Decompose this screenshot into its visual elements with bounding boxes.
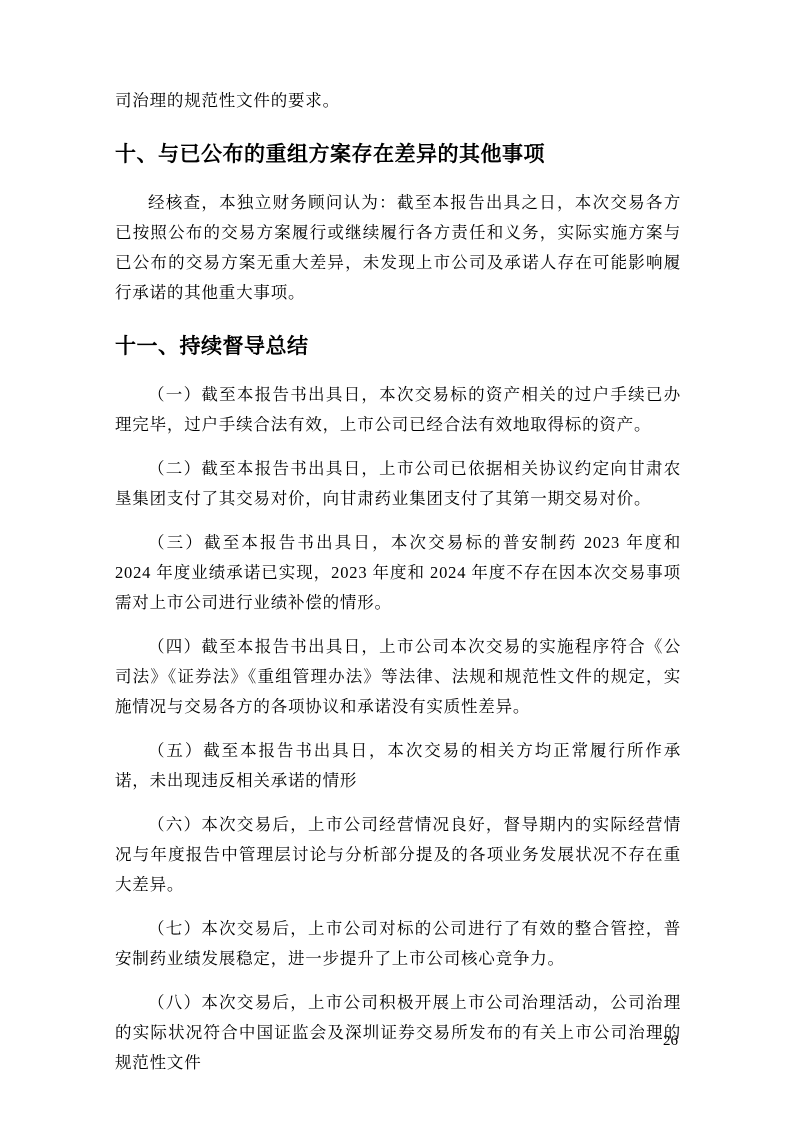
section-11-item-1: （一）截至本报告书出具日，本次交易标的资产相关的过户手续已办理完毕，过户手续合法… xyxy=(115,380,681,440)
section-11-item-3: （三）截至本报告书出具日，本次交易标的普安制药 2023 年度和 2024 年度… xyxy=(115,528,681,618)
section-10-paragraph: 经核查，本独立财务顾问认为：截至本报告出具之日，本次交易各方已按照公布的交易方案… xyxy=(115,188,681,308)
page-content: 司治理的规范性文件的要求。 十、与已公布的重组方案存在差异的其他事项 经核查，本… xyxy=(115,86,681,1092)
continuation-paragraph: 司治理的规范性文件的要求。 xyxy=(115,86,681,116)
section-11-item-4: （四）截至本报告书出具日，上市公司本次交易的实施程序符合《公司法》《证券法》《重… xyxy=(115,632,681,722)
section-heading-11: 十一、持续督导总结 xyxy=(115,332,681,362)
page-number: 26 xyxy=(663,1031,678,1051)
section-heading-10: 十、与已公布的重组方案存在差异的其他事项 xyxy=(115,140,681,170)
section-11-item-5: （五）截至本报告书出具日，本次交易的相关方均正常履行所作承诺，未出现违反相关承诺… xyxy=(115,736,681,796)
section-11-item-7: （七）本次交易后，上市公司对标的公司进行了有效的整合管控，普安制药业绩发展稳定，… xyxy=(115,914,681,974)
section-11-item-2: （二）截至本报告书出具日，上市公司已依据相关协议约定向甘肃农垦集团支付了其交易对… xyxy=(115,454,681,514)
section-11-item-6: （六）本次交易后，上市公司经营情况良好，督导期内的实际经营情况与年度报告中管理层… xyxy=(115,810,681,900)
document-page: 司治理的规范性文件的要求。 十、与已公布的重组方案存在差异的其他事项 经核查，本… xyxy=(0,0,794,1122)
section-11-item-8: （八）本次交易后，上市公司积极开展上市公司治理活动，公司治理的实际状况符合中国证… xyxy=(115,988,681,1078)
